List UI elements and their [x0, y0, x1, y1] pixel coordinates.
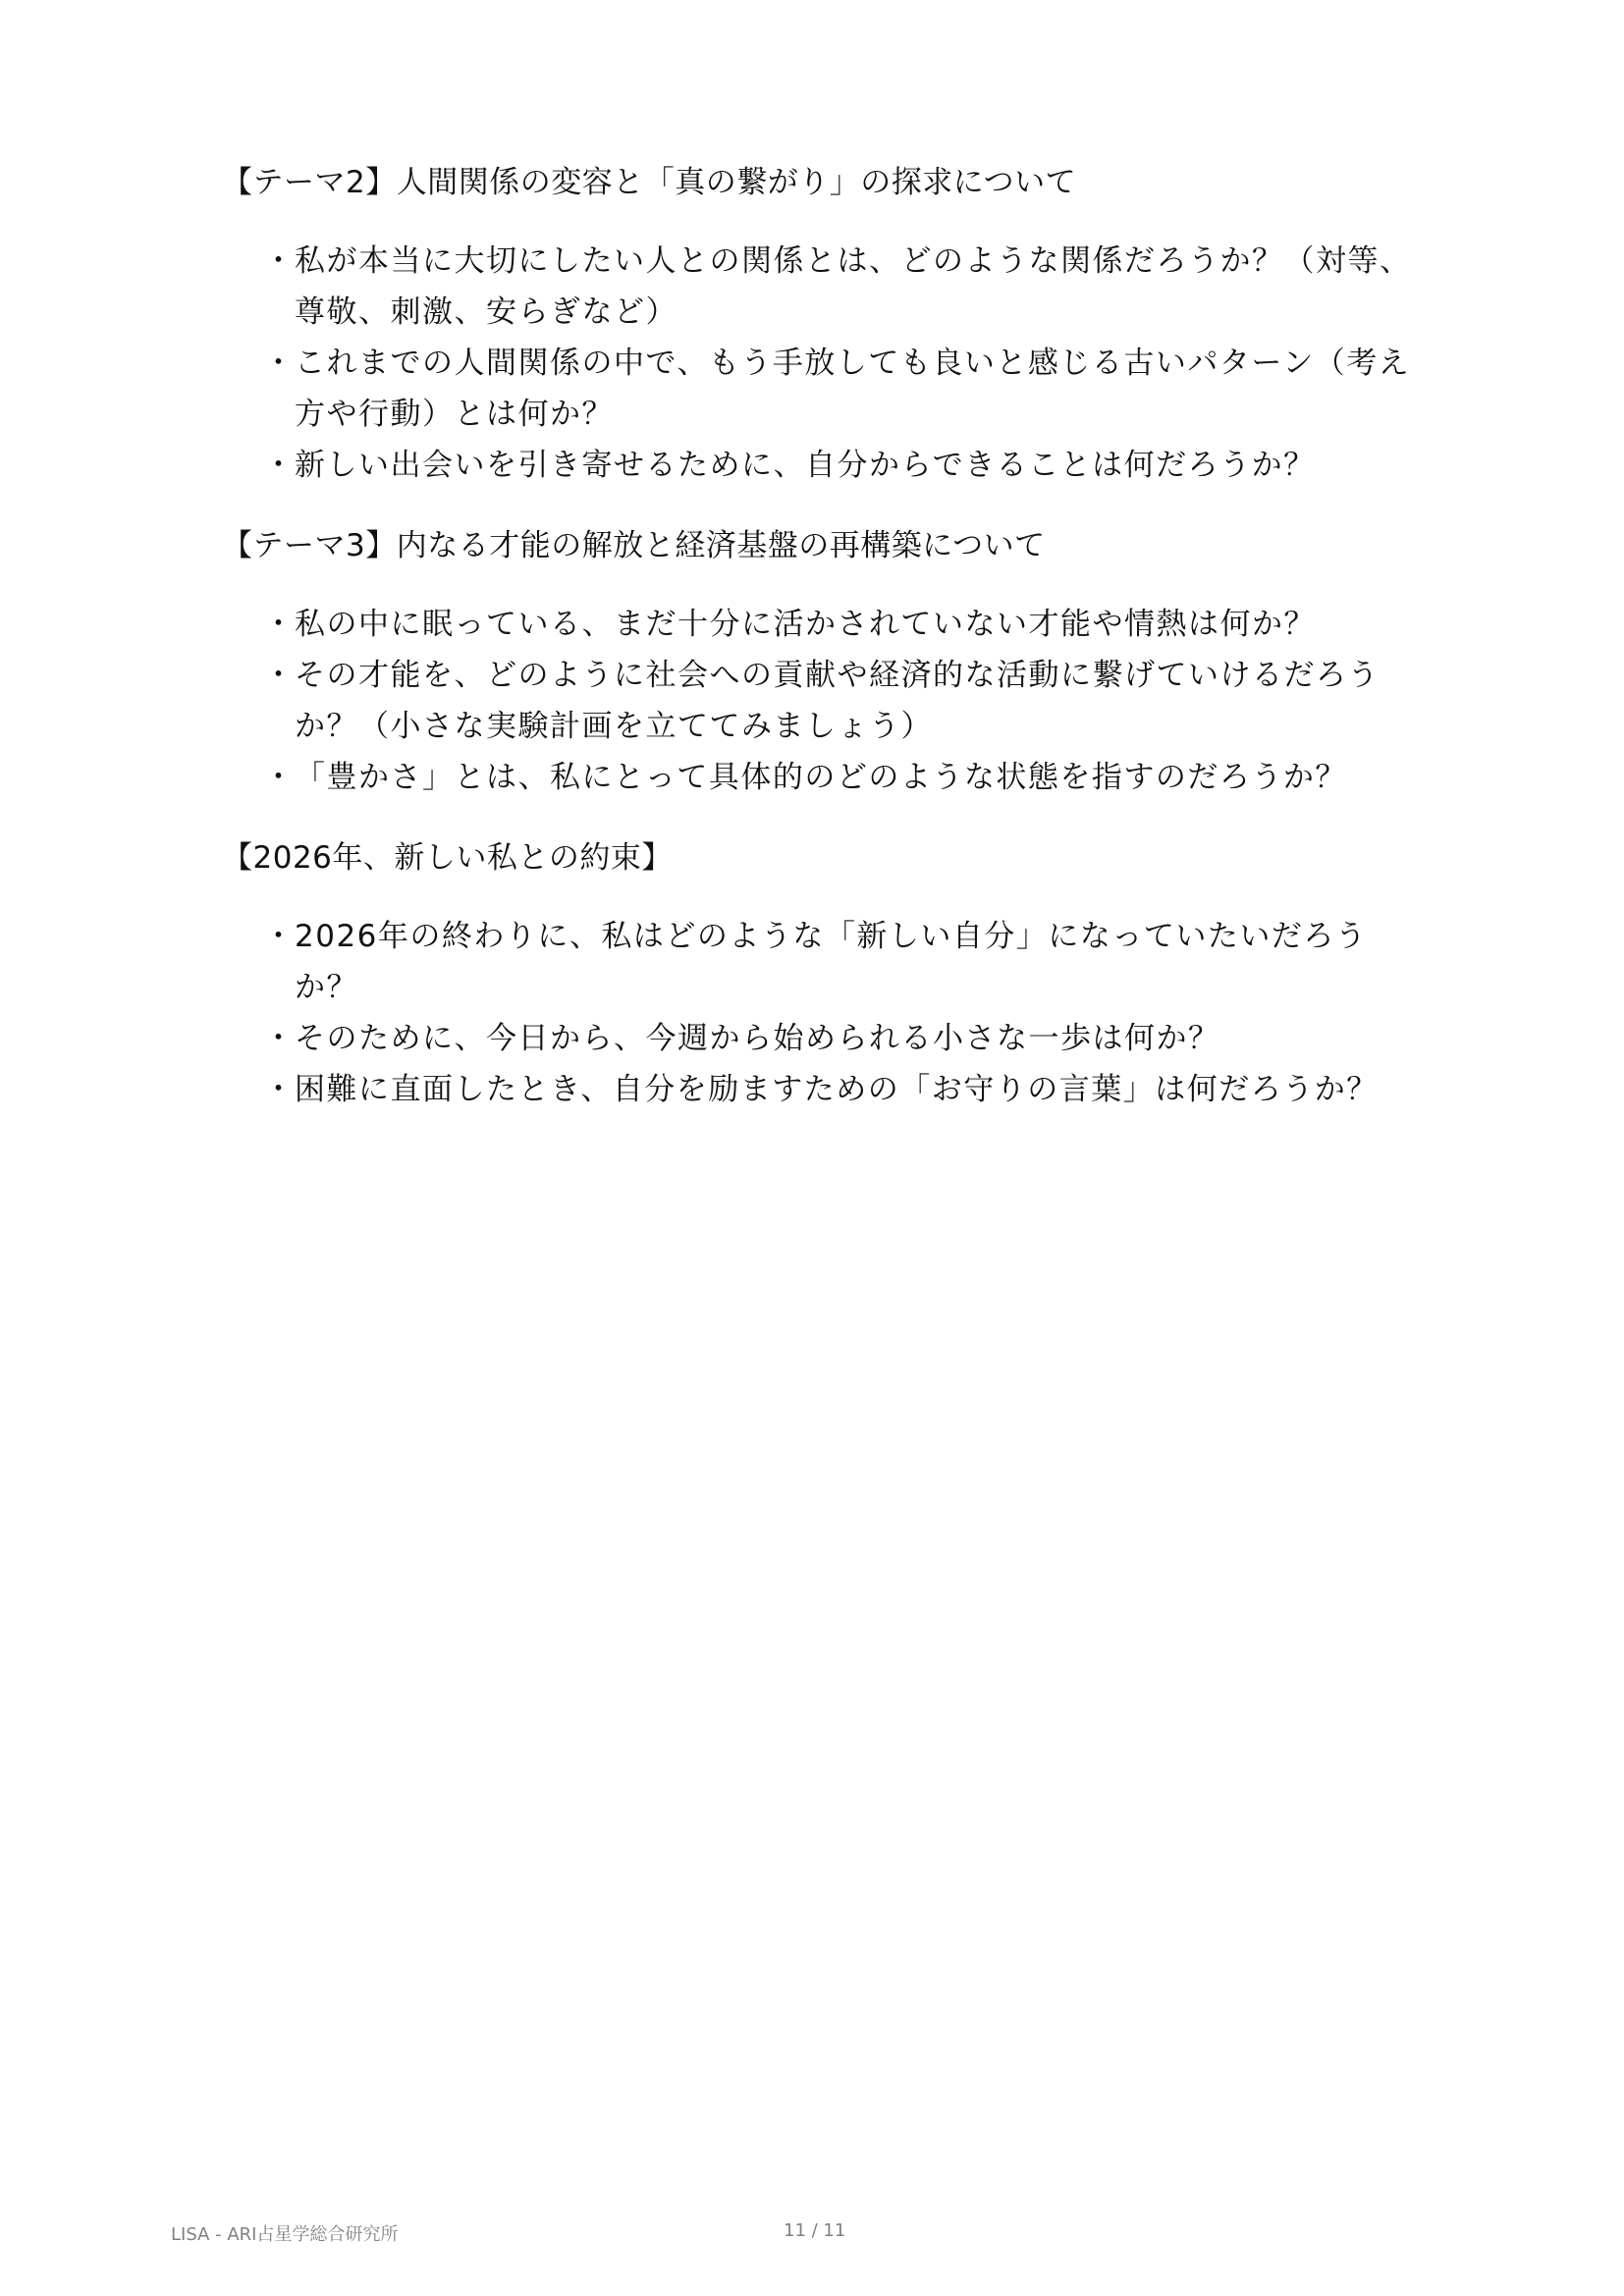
list-item: ・ 2026年の終わりに、私はどのような「新しい自分」になっていたいだろうか？: [222, 911, 1420, 1013]
list-item-text: 困難に直面したとき、自分を励ますための「お守りの言葉」は何だろうか？: [295, 1064, 1420, 1115]
bullet-dot-icon: ・: [263, 911, 283, 962]
list-item-text: 私が本当に大切にしたい人との関係とは、どのような関係だろうか？（対等、尊敬、刺激…: [295, 236, 1420, 338]
list-item: ・ そのために、今日から、今週から始められる小さな一歩は何か？: [222, 1013, 1420, 1064]
section-theme-2: 【テーマ2】人間関係の変容と「真の繋がり」の探求について ・ 私が本当に大切にし…: [222, 157, 1420, 491]
list-item: ・ 私が本当に大切にしたい人との関係とは、どのような関係だろうか？（対等、尊敬、…: [222, 236, 1420, 338]
question-list: ・ 2026年の終わりに、私はどのような「新しい自分」になっていたいだろうか？ …: [222, 911, 1420, 1115]
footer-organization: LISA - ARI占星学総合研究所: [171, 2220, 398, 2246]
bullet-dot-icon: ・: [263, 1064, 283, 1115]
question-list: ・ 私の中に眠っている、まだ十分に活かされていない才能や情熱は何か？ ・ その才…: [222, 599, 1420, 803]
page-number: 11 / 11: [784, 2220, 845, 2241]
list-item: ・ 「豊かさ」とは、私にとって具体的のどのような状態を指すのだろうか？: [222, 752, 1420, 803]
document-page: 【テーマ2】人間関係の変容と「真の繋がり」の探求について ・ 私が本当に大切にし…: [0, 0, 1624, 2296]
list-item-text: 私の中に眠っている、まだ十分に活かされていない才能や情熱は何か？: [295, 599, 1420, 650]
bullet-dot-icon: ・: [263, 752, 283, 803]
bullet-dot-icon: ・: [263, 599, 283, 650]
bullet-dot-icon: ・: [263, 650, 283, 701]
list-item-text: そのために、今日から、今週から始められる小さな一歩は何か？: [295, 1013, 1420, 1064]
bullet-dot-icon: ・: [263, 440, 283, 491]
list-item-text: その才能を、どのように社会への貢献や経済的な活動に繋げていけるだろうか？（小さな…: [295, 650, 1420, 752]
list-item-text: 新しい出会いを引き寄せるために、自分からできることは何だろうか？: [295, 440, 1420, 491]
section-theme-3: 【テーマ3】内なる才能の解放と経済基盤の再構築について ・ 私の中に眠っている、…: [222, 520, 1420, 803]
question-list: ・ 私が本当に大切にしたい人との関係とは、どのような関係だろうか？（対等、尊敬、…: [222, 236, 1420, 491]
page-footer: LISA - ARI占星学総合研究所 11 / 11: [0, 2220, 1624, 2244]
bullet-dot-icon: ・: [263, 1013, 283, 1064]
section-heading: 【テーマ3】内なる才能の解放と経済基盤の再構築について: [222, 520, 1420, 571]
bullet-dot-icon: ・: [263, 236, 283, 287]
list-item-text: これまでの人間関係の中で、もう手放しても良いと感じる古いパターン（考え方や行動）…: [295, 338, 1420, 440]
section-heading: 【テーマ2】人間関係の変容と「真の繋がり」の探求について: [222, 157, 1420, 208]
list-item: ・ 困難に直面したとき、自分を励ますための「お守りの言葉」は何だろうか？: [222, 1064, 1420, 1115]
bullet-dot-icon: ・: [263, 338, 283, 389]
list-item: ・ これまでの人間関係の中で、もう手放しても良いと感じる古いパターン（考え方や行…: [222, 338, 1420, 440]
list-item: ・ 新しい出会いを引き寄せるために、自分からできることは何だろうか？: [222, 440, 1420, 491]
page-content: 【テーマ2】人間関係の変容と「真の繋がり」の探求について ・ 私が本当に大切にし…: [222, 157, 1420, 1145]
list-item: ・ 私の中に眠っている、まだ十分に活かされていない才能や情熱は何か？: [222, 599, 1420, 650]
list-item: ・ その才能を、どのように社会への貢献や経済的な活動に繋げていけるだろうか？（小…: [222, 650, 1420, 752]
list-item-text: 「豊かさ」とは、私にとって具体的のどのような状態を指すのだろうか？: [295, 752, 1420, 803]
section-promise-2026: 【2026年、新しい私との約束】 ・ 2026年の終わりに、私はどのような「新し…: [222, 832, 1420, 1115]
list-item-text: 2026年の終わりに、私はどのような「新しい自分」になっていたいだろうか？: [295, 911, 1420, 1013]
section-heading: 【2026年、新しい私との約束】: [222, 832, 1420, 883]
